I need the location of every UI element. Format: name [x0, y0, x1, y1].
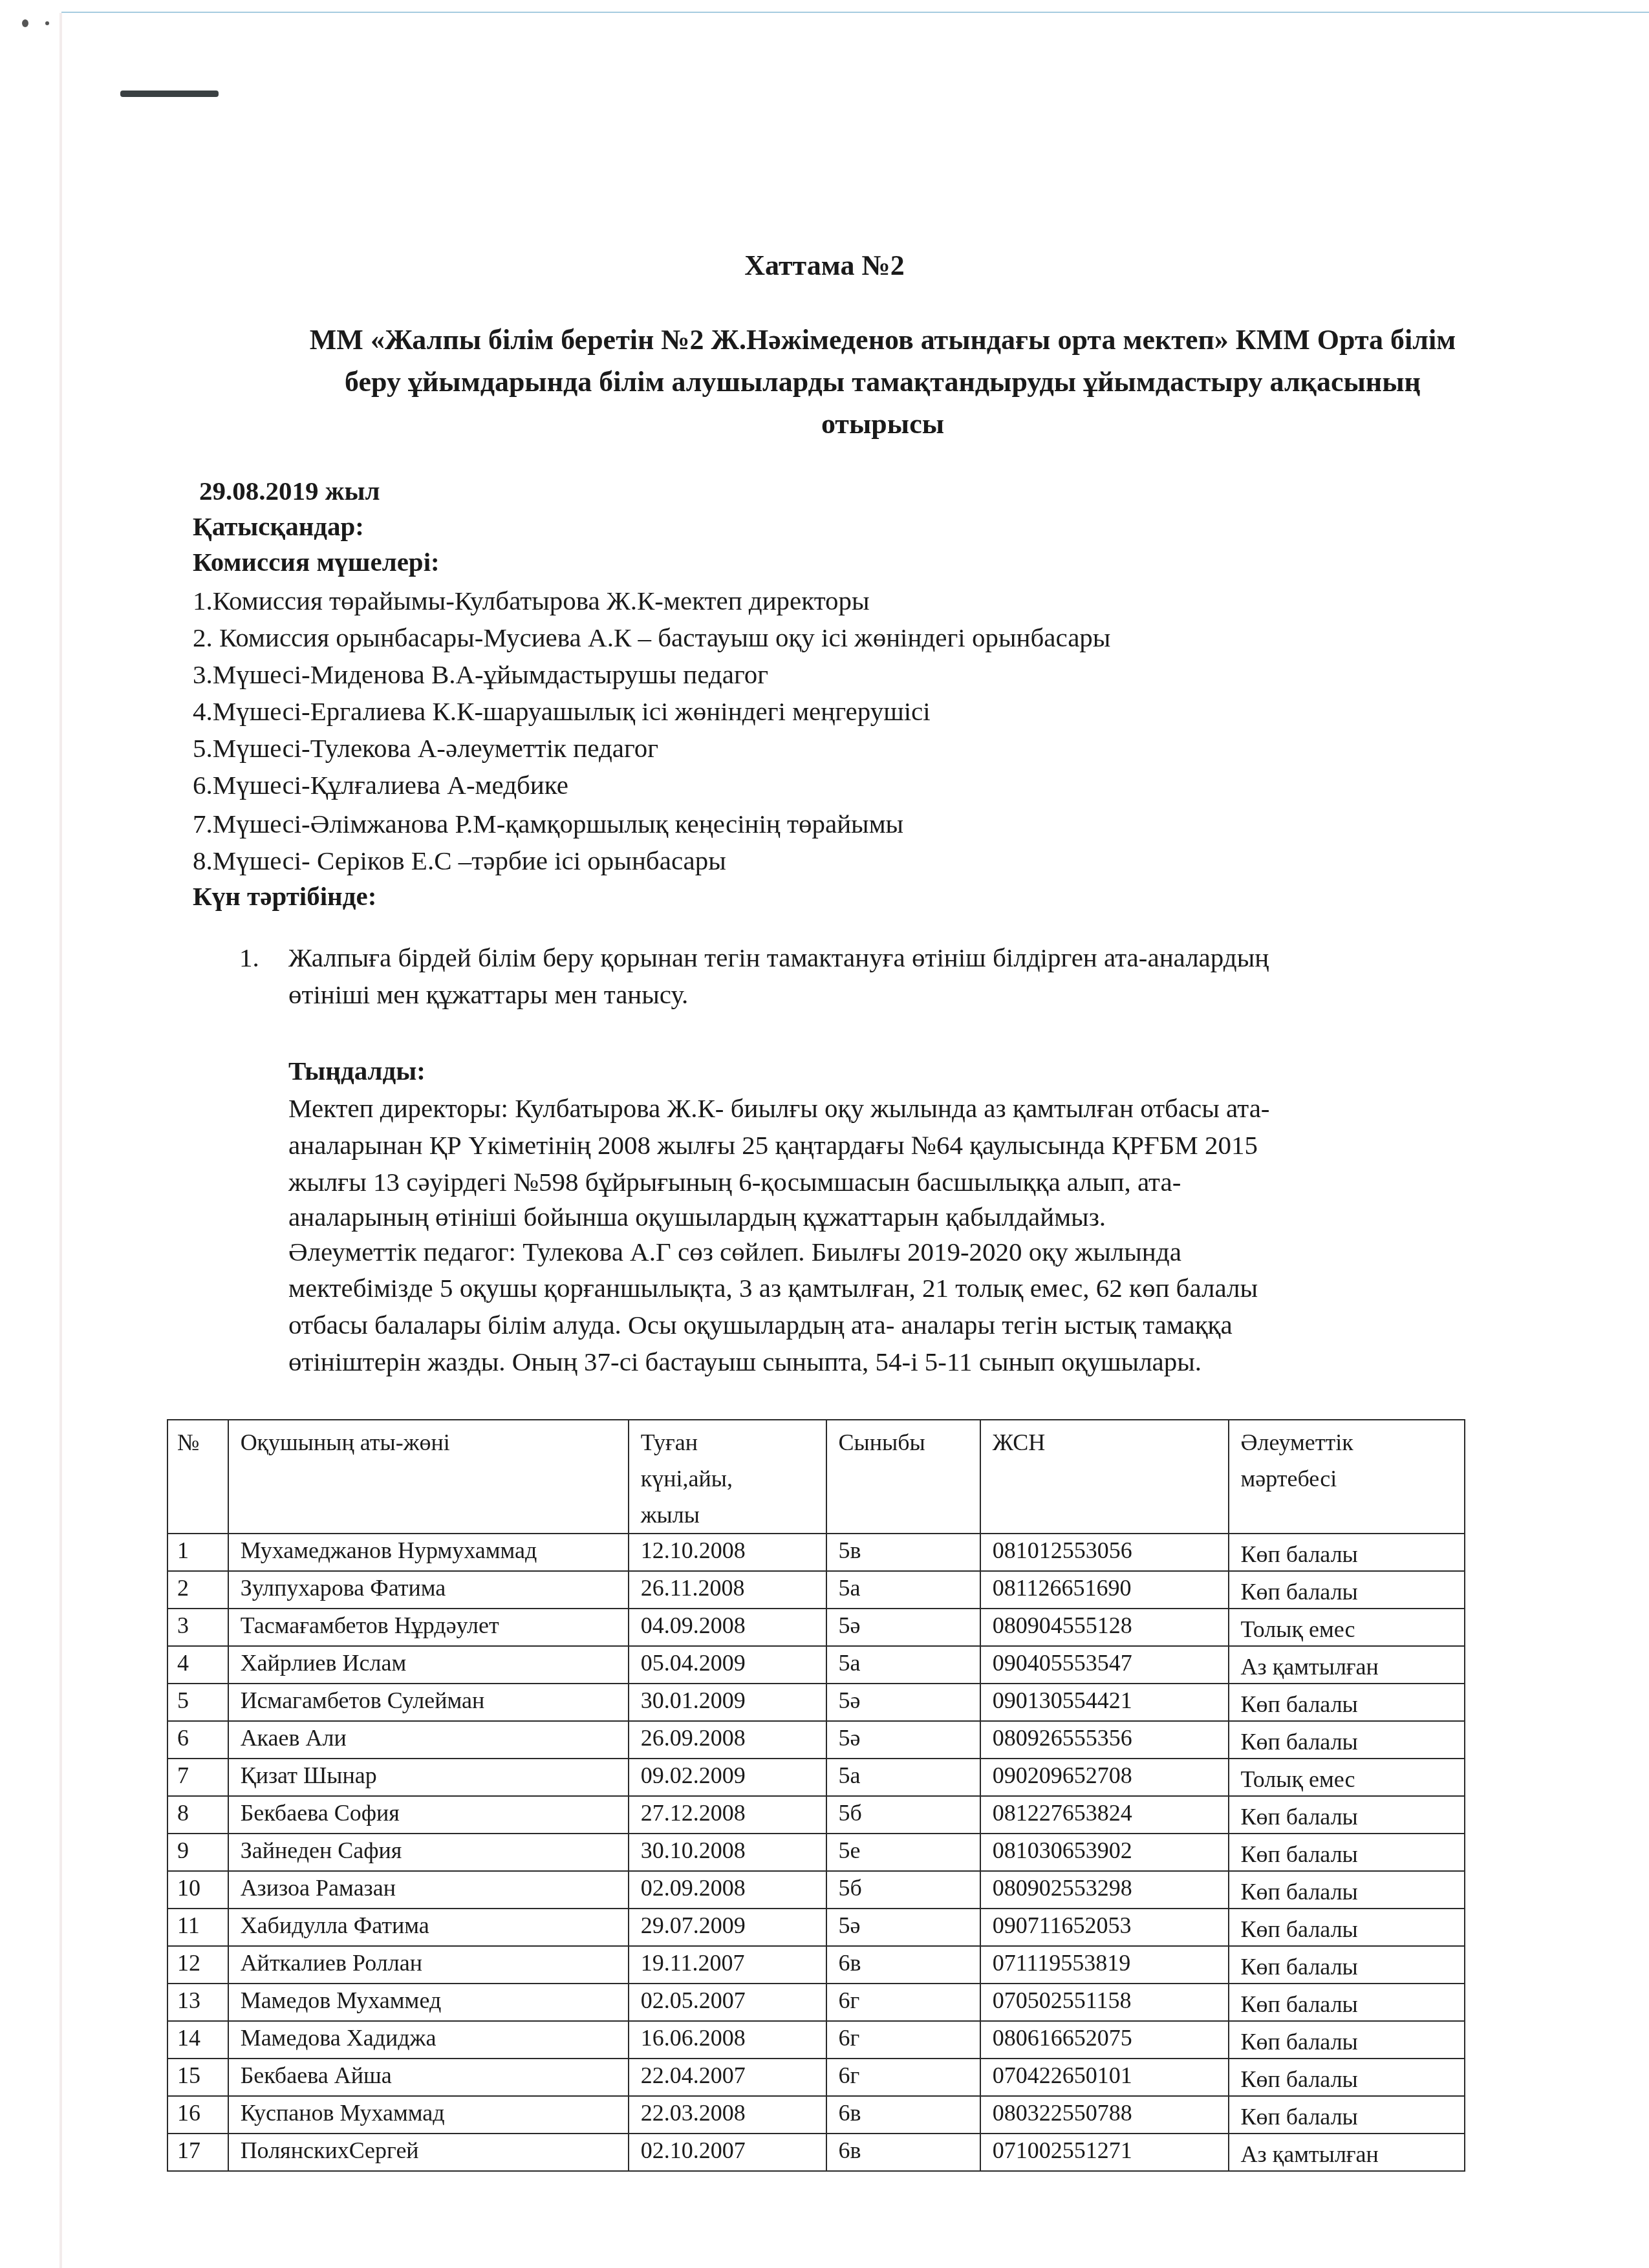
cell-class: 6г — [826, 2059, 980, 2096]
cell-class: 6в — [826, 2096, 980, 2134]
member-item: 5.Мүшесі-Тулекова А-әлеуметтік педагог — [193, 733, 658, 764]
header-student-name: Оқушының аты-жөні — [228, 1420, 629, 1534]
cell-student-name: Қизат Шынар — [228, 1759, 629, 1796]
table-row: 4Хайрлиев Ислам05.04.20095а090405553547А… — [167, 1646, 1465, 1684]
cell-birth-date: 26.11.2008 — [629, 1571, 826, 1609]
cell-social-status: Көп балалы — [1229, 1571, 1465, 1609]
member-item: 3.Мүшесі-Миденова В.А-ұйымдастырушы педа… — [193, 659, 768, 690]
heard-line: аналарынан ҚР Үкіметінің 2008 жылғы 25 қ… — [288, 1129, 1258, 1161]
document-subtitle-line: ММ «Жалпы білім беретін №2 Ж.Нәжімеденов… — [213, 323, 1552, 356]
member-item: 6.Мүшесі-Құлғалиева А-медбике — [193, 769, 568, 800]
cell-birth-date: 12.10.2008 — [629, 1534, 826, 1571]
header-class: Сыныбы — [826, 1420, 980, 1534]
cell-iin: 080926555356 — [980, 1721, 1229, 1759]
agenda-item-number: 1. — [239, 942, 259, 973]
cell-number: 12 — [167, 1946, 228, 1984]
cell-social-status: Көп балалы — [1229, 2096, 1465, 2134]
cell-iin: 080902553298 — [980, 1871, 1229, 1909]
document-subtitle-line: отырысы — [213, 407, 1552, 440]
table-row: 14Мамедова Хадиджа16.06.20086г0806166520… — [167, 2021, 1465, 2059]
cell-birth-date: 02.05.2007 — [629, 1984, 826, 2021]
cell-iin: 081227653824 — [980, 1796, 1229, 1834]
header-iin: ЖСН — [980, 1420, 1229, 1534]
cell-number: 9 — [167, 1834, 228, 1871]
table-row: 1Мухамеджанов Нурмухаммад12.10.20085в081… — [167, 1534, 1465, 1571]
cell-number: 2 — [167, 1571, 228, 1609]
cell-social-status: Көп балалы — [1229, 1834, 1465, 1871]
cell-student-name: Исмагамбетов Сулейман — [228, 1684, 629, 1721]
header-birth-date: Туған күні,айы, жылы — [629, 1420, 826, 1534]
document-title: Хаттама №2 — [0, 249, 1649, 282]
cell-birth-date: 26.09.2008 — [629, 1721, 826, 1759]
cell-number: 6 — [167, 1721, 228, 1759]
agenda-label-text: Күн тәртібінде: — [193, 881, 376, 911]
table-row: 3Тасмағамбетов Нұрдәулет04.09.20085ә0809… — [167, 1609, 1465, 1646]
cell-number: 4 — [167, 1646, 228, 1684]
cell-birth-date: 29.07.2009 — [629, 1909, 826, 1946]
agenda-item-line: өтініші мен құжаттары мен танысу. — [288, 979, 688, 1010]
students-table: № Оқушының аты-жөні Туған күні,айы, жылы… — [167, 1419, 1465, 2172]
pen-dash-mark — [120, 91, 219, 97]
cell-class: 5б — [826, 1871, 980, 1909]
cell-birth-date: 22.04.2007 — [629, 2059, 826, 2096]
cell-student-name: Мамедова Хадиджа — [228, 2021, 629, 2059]
cell-class: 5е — [826, 1834, 980, 1871]
cell-student-name: ПолянскихСергей — [228, 2134, 629, 2171]
table-row: 6Акаев Али26.09.20085ә080926555356Көп ба… — [167, 1721, 1465, 1759]
cell-number: 17 — [167, 2134, 228, 2171]
table-row: 15Бекбаева Айша22.04.20076г070422650101К… — [167, 2059, 1465, 2096]
cell-class: 6в — [826, 1946, 980, 1984]
member-item: 4.Мүшесі-Ергалиева К.К-шаруашылық ісі жө… — [193, 696, 931, 727]
cell-iin: 080322550788 — [980, 2096, 1229, 2134]
students-table-body: 1Мухамеджанов Нурмухаммад12.10.20085в081… — [167, 1534, 1465, 2171]
cell-student-name: Бекбаева Айша — [228, 2059, 629, 2096]
member-item: 2. Комиссия орынбасары-Мусиева А.К – бас… — [193, 622, 1110, 653]
cell-iin: 070502551158 — [980, 1984, 1229, 2021]
cell-student-name: Мамедов Мухаммед — [228, 1984, 629, 2021]
cell-number: 16 — [167, 2096, 228, 2134]
heard-line: өтініштерін жазды. Оның 37-сі бастауыш с… — [288, 1346, 1202, 1377]
cell-social-status: Аз қамтылған — [1229, 2134, 1465, 2171]
table-row: 11Хабидулла Фатима29.07.20095ә0907116520… — [167, 1909, 1465, 1946]
cell-birth-date: 19.11.2007 — [629, 1946, 826, 1984]
cell-number: 1 — [167, 1534, 228, 1571]
table-row: 17ПолянскихСергей02.10.20076в07100255127… — [167, 2134, 1465, 2171]
cell-number: 15 — [167, 2059, 228, 2096]
scan-edge — [61, 12, 1649, 13]
header-status-line: мәртебесі — [1241, 1460, 1465, 1497]
scan-speck — [45, 21, 49, 25]
cell-birth-date: 02.10.2007 — [629, 2134, 826, 2171]
header-birth-line: Туған — [641, 1424, 826, 1460]
cell-social-status: Толық емес — [1229, 1609, 1465, 1646]
cell-birth-date: 02.09.2008 — [629, 1871, 826, 1909]
cell-social-status: Көп балалы — [1229, 2059, 1465, 2096]
cell-social-status: Көп балалы — [1229, 1946, 1465, 1984]
cell-social-status: Көп балалы — [1229, 1909, 1465, 1946]
cell-student-name: Акаев Али — [228, 1721, 629, 1759]
cell-class: 6г — [826, 2021, 980, 2059]
cell-student-name: Хабидулла Фатима — [228, 1909, 629, 1946]
heard-line: мектебімізде 5 оқушы қорғаншылықта, 3 аз… — [288, 1272, 1258, 1303]
cell-class: 5ә — [826, 1684, 980, 1721]
cell-number: 11 — [167, 1909, 228, 1946]
cell-birth-date: 05.04.2009 — [629, 1646, 826, 1684]
table-row: 7Қизат Шынар09.02.20095а090209652708Толы… — [167, 1759, 1465, 1796]
cell-iin: 080616652075 — [980, 2021, 1229, 2059]
cell-class: 5б — [826, 1796, 980, 1834]
cell-birth-date: 09.02.2009 — [629, 1759, 826, 1796]
heard-line: Әлеуметтік педагог: Тулекова А.Г сөз сөй… — [288, 1236, 1181, 1267]
member-item: 7.Мүшесі-Әлімжанова Р.М-қамқоршылық кеңе… — [193, 808, 903, 839]
cell-social-status: Толық емес — [1229, 1759, 1465, 1796]
cell-social-status: Көп балалы — [1229, 1534, 1465, 1571]
table-row: 16Куспанов Мухаммад22.03.20086в080322550… — [167, 2096, 1465, 2134]
cell-iin: 081030653902 — [980, 1834, 1229, 1871]
cell-social-status: Көп балалы — [1229, 1984, 1465, 2021]
header-birth-line: күні,айы, — [641, 1460, 826, 1497]
cell-class: 6г — [826, 1984, 980, 2021]
header-number: № — [167, 1420, 228, 1534]
table-row: 12Айткалиев Роллан19.11.20076в0711195538… — [167, 1946, 1465, 1984]
cell-iin: 081126651690 — [980, 1571, 1229, 1609]
table-row: 2Зулпухарова Фатима26.11.20085а081126651… — [167, 1571, 1465, 1609]
cell-class: 5а — [826, 1571, 980, 1609]
scanned-page: Хаттама №2 ММ «Жалпы білім беретін №2 Ж.… — [0, 0, 1649, 2268]
cell-student-name: Бекбаева София — [228, 1796, 629, 1834]
cell-number: 14 — [167, 2021, 228, 2059]
agenda-label: Күн тәртібінде: — [193, 881, 376, 912]
cell-number: 7 — [167, 1759, 228, 1796]
cell-iin: 071002551271 — [980, 2134, 1229, 2171]
cell-iin: 090711652053 — [980, 1909, 1229, 1946]
heard-line: жылғы 13 сәуірдегі №598 бұйрығының 6-қос… — [288, 1166, 1181, 1197]
attendees-label: Қатысқандар: — [193, 511, 364, 542]
cell-iin: 081012553056 — [980, 1534, 1229, 1571]
cell-student-name: Зулпухарова Фатима — [228, 1571, 629, 1609]
cell-student-name: Азизоа Рамазан — [228, 1871, 629, 1909]
cell-student-name: Мухамеджанов Нурмухаммад — [228, 1534, 629, 1571]
table-row: 10Азизоа Рамазан02.09.20085б080902553298… — [167, 1871, 1465, 1909]
header-birth-line: жылы — [641, 1497, 826, 1533]
heard-line: Мектеп директоры: Кулбатырова Ж.К- биылғ… — [288, 1093, 1270, 1124]
cell-birth-date: 16.06.2008 — [629, 2021, 826, 2059]
document-subtitle-line: беру ұйымдарында білім алушыларды тамақт… — [213, 365, 1552, 398]
table-row: 8Бекбаева София27.12.20085б081227653824К… — [167, 1796, 1465, 1834]
cell-social-status: Көп балалы — [1229, 1721, 1465, 1759]
cell-number: 5 — [167, 1684, 228, 1721]
cell-iin: 090209652708 — [980, 1759, 1229, 1796]
heard-label: Тыңдалды: — [288, 1055, 426, 1086]
cell-student-name: Куспанов Мухаммад — [228, 2096, 629, 2134]
cell-social-status: Көп балалы — [1229, 1871, 1465, 1909]
cell-birth-date: 04.09.2008 — [629, 1609, 826, 1646]
cell-birth-date: 30.10.2008 — [629, 1834, 826, 1871]
table-row: 5Исмагамбетов Сулейман30.01.20095ә090130… — [167, 1684, 1465, 1721]
cell-class: 6в — [826, 2134, 980, 2171]
cell-class: 5а — [826, 1646, 980, 1684]
cell-student-name: Тасмағамбетов Нұрдәулет — [228, 1609, 629, 1646]
cell-class: 5ә — [826, 1609, 980, 1646]
cell-student-name: Хайрлиев Ислам — [228, 1646, 629, 1684]
header-social-status: Әлеуметтік мәртебесі — [1229, 1420, 1465, 1534]
table-row: 9Зайнеден Сафия30.10.20085е081030653902К… — [167, 1834, 1465, 1871]
cell-social-status: Көп балалы — [1229, 2021, 1465, 2059]
cell-iin: 090405553547 — [980, 1646, 1229, 1684]
cell-student-name: Айткалиев Роллан — [228, 1946, 629, 1984]
cell-birth-date: 22.03.2008 — [629, 2096, 826, 2134]
cell-social-status: Көп балалы — [1229, 1684, 1465, 1721]
cell-iin: 071119553819 — [980, 1946, 1229, 1984]
cell-number: 13 — [167, 1984, 228, 2021]
cell-iin: 080904555128 — [980, 1609, 1229, 1646]
cell-student-name: Зайнеден Сафия — [228, 1834, 629, 1871]
cell-birth-date: 27.12.2008 — [629, 1796, 826, 1834]
cell-social-status: Аз қамтылған — [1229, 1646, 1465, 1684]
heard-line: отбасы балалары білім алуда. Осы оқушыла… — [288, 1309, 1233, 1340]
cell-number: 3 — [167, 1609, 228, 1646]
scan-speck — [22, 19, 28, 27]
cell-class: 5ә — [826, 1721, 980, 1759]
cell-number: 10 — [167, 1871, 228, 1909]
cell-iin: 090130554421 — [980, 1684, 1229, 1721]
table-row: 13Мамедов Мухаммед02.05.20076г0705025511… — [167, 1984, 1465, 2021]
table-header-row: № Оқушының аты-жөні Туған күні,айы, жылы… — [167, 1420, 1465, 1534]
header-status-line: Әлеуметтік — [1241, 1424, 1465, 1460]
scan-shadow — [59, 13, 62, 2268]
heard-line: аналарының өтініші бойынша оқушылардың қ… — [288, 1201, 1106, 1232]
cell-class: 5а — [826, 1759, 980, 1796]
member-item: 1.Комиссия төрайымы-Кулбатырова Ж.К-мект… — [193, 585, 870, 616]
cell-number: 8 — [167, 1796, 228, 1834]
cell-birth-date: 30.01.2009 — [629, 1684, 826, 1721]
cell-social-status: Көп балалы — [1229, 1796, 1465, 1834]
member-item: 8.Мүшесі- Серіков Е.С –тәрбие ісі орынба… — [193, 845, 726, 876]
agenda-item-line: Жалпыға бірдей білім беру қорынан тегін … — [288, 942, 1269, 973]
cell-class: 5в — [826, 1534, 980, 1571]
meeting-date: 29.08.2019 жыл — [199, 475, 380, 506]
members-label: Комиссия мүшелері: — [193, 546, 440, 577]
cell-class: 5ә — [826, 1909, 980, 1946]
cell-iin: 070422650101 — [980, 2059, 1229, 2096]
